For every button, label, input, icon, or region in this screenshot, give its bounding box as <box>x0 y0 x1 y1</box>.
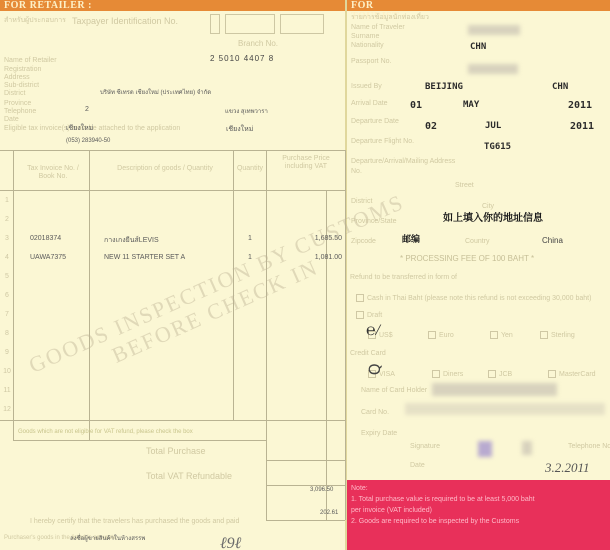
row-number: 8 <box>3 330 11 337</box>
note-box: Note: 1. Total purchase value is require… <box>347 480 610 550</box>
retailer-province-value: แขวง สุเทพวารา <box>225 106 268 116</box>
col-header-invoice: Tax Invoice No. / Book No. <box>20 165 86 181</box>
total-vat-label: Total VAT Refundable <box>146 472 232 480</box>
row-number: 11 <box>3 387 11 394</box>
col-header-price: Purchase Price including VAT <box>268 155 344 171</box>
retailer-thai-label: สำหรับผู้ประกอบการ <box>4 17 66 25</box>
note-line: 1. Total purchase value is required to b… <box>347 494 610 505</box>
tourist-field-label: Zipcode <box>351 238 376 246</box>
table-col-line <box>345 150 346 520</box>
tourist-field-label: Province/State <box>351 218 397 226</box>
tourist-field-label: No. <box>351 168 362 176</box>
departure-month: JUL <box>485 121 501 131</box>
redacted-card-no <box>405 403 605 415</box>
issued-by-value: BEIJING <box>425 82 463 92</box>
tourist-field-label: District <box>351 198 372 206</box>
checkbox[interactable] <box>428 331 436 339</box>
tax-id-value: 2 5010 4407 8 <box>210 54 274 63</box>
processing-fee: * PROCESSING FEE OF 100 BAHT * <box>400 255 534 263</box>
total-purchase-value: 3,096.50 <box>310 487 333 493</box>
check-mark-usd: ℮/ <box>366 322 380 340</box>
table-cell-qty: 1 <box>248 235 252 242</box>
table-cell-invoice: 02018374 <box>30 235 61 242</box>
checkbox[interactable] <box>356 294 364 302</box>
street-label: Street <box>455 182 474 190</box>
departure-day: 02 <box>425 121 437 132</box>
checkbox[interactable] <box>490 331 498 339</box>
card-option[interactable]: Diners <box>432 370 463 379</box>
tourist-field-label: Surname <box>351 33 379 41</box>
flight-no-value: TG615 <box>484 142 511 152</box>
retailer-signature: ℓ9ℓ <box>220 535 241 550</box>
redacted-name <box>468 25 520 35</box>
cardholder-label: Name of Card Holder <box>361 387 427 395</box>
option-label: Euro <box>439 332 454 339</box>
tax-id-box-2 <box>225 14 275 34</box>
option-label: JCB <box>499 371 512 378</box>
retailer-field-label: Date <box>4 116 19 124</box>
option-label: Cash in Thai Baht (please note this refu… <box>367 295 591 302</box>
shop-stamp: ลงชื่อผู้ขายสินค้าในห้างสรรพ <box>70 533 145 543</box>
date-value: 3.2.2011 <box>545 460 590 476</box>
table-top-border <box>0 150 345 151</box>
signature-label: Signature <box>410 443 440 451</box>
tourist-field-label: Departure Flight No. <box>351 138 414 146</box>
date-label: Date <box>410 462 425 470</box>
tourist-field-label: Departure Date <box>351 118 399 126</box>
arrival-year: 2011 <box>568 100 592 111</box>
table-header-border <box>0 190 345 191</box>
note-line: per invoice (VAT included) <box>347 505 610 516</box>
col-header-description: Description of goods / Quantity <box>110 165 220 173</box>
redacted-passport <box>468 64 518 74</box>
country-label: Country <box>465 238 490 246</box>
branch-label: Branch No. <box>238 40 278 48</box>
table-col-line <box>89 150 90 440</box>
table-row-border <box>0 420 345 421</box>
table-cell-invoice: UAWA7375 <box>30 254 66 261</box>
redacted-signature-2 <box>522 441 532 455</box>
option-label: Draft <box>367 312 382 319</box>
retailer-field-label: Province <box>4 100 31 108</box>
arrival-month: MAY <box>463 100 479 110</box>
row-number: 12 <box>3 406 11 413</box>
row-number: 10 <box>3 368 11 375</box>
option-label: US$ <box>379 332 393 339</box>
refund-option-draft[interactable]: Draft <box>356 311 382 320</box>
tourist-field-label: Arrival Date <box>351 100 388 108</box>
row-number: 6 <box>3 292 11 299</box>
retailer-field-label: Sub-district <box>4 82 39 90</box>
total-vat-value: 202.61 <box>320 510 338 516</box>
tourist-field-label: Departure/Arrival/Mailing Address <box>351 158 455 166</box>
nationality-value: CHN <box>470 42 486 52</box>
tax-id-box-3 <box>280 14 324 34</box>
checkbox[interactable] <box>548 370 556 378</box>
retailer-phone-value: (053) 283940-50 <box>66 138 110 144</box>
retailer-name-label: Name of Retailer <box>4 57 57 65</box>
checkbox[interactable] <box>356 311 364 319</box>
tourist-header: FOR TOURIST : <box>347 0 423 11</box>
arrival-day: 01 <box>410 100 422 111</box>
note-title: Note: <box>347 480 610 494</box>
tourist-header-bar <box>423 0 610 11</box>
row-number: 9 <box>3 349 11 356</box>
table-footnote-border <box>13 440 266 441</box>
row-number: 7 <box>3 311 11 318</box>
retailer-header: FOR RETAILER : <box>0 0 345 11</box>
card-option[interactable]: JCB <box>488 370 512 379</box>
row-number: 3 <box>3 235 11 242</box>
checkbox[interactable] <box>540 331 548 339</box>
card-no-label: Card No. <box>361 409 389 417</box>
zipcode-value: 邮编 <box>402 232 420 245</box>
option-label: Sterling <box>551 332 575 339</box>
row-number: 4 <box>3 254 11 261</box>
tax-id-label: Taxpayer Identification No. <box>72 17 178 25</box>
certify-text: I hereby certify that the travelers has … <box>30 518 239 526</box>
currency-option[interactable]: Yen <box>490 331 513 340</box>
issued-country-value: CHN <box>552 82 568 92</box>
currency-option[interactable]: Sterling <box>540 331 575 340</box>
total-vat-border <box>266 485 345 486</box>
tourist-field-label: รายการข้อมูลนักท่องเที่ยว <box>351 14 429 22</box>
check-mark-visa: ℺ <box>368 360 382 379</box>
option-label: Diners <box>443 371 463 378</box>
expiry-label: Expiry Date <box>361 430 397 438</box>
checkbox[interactable] <box>488 370 496 378</box>
refund-option-cash[interactable]: Cash in Thai Baht (please note this refu… <box>356 294 591 303</box>
telephone-label: Telephone No. <box>568 443 610 451</box>
retailer-field-label: Registration <box>4 66 41 74</box>
retailer-field-label: Telephone <box>4 108 36 116</box>
option-label: Yen <box>501 332 513 339</box>
table-col-line <box>13 150 14 440</box>
credit-card-label: Credit Card <box>350 350 386 358</box>
redacted-signature <box>478 441 492 457</box>
total-purchase-label: Total Purchase <box>146 447 206 455</box>
table-footnote: Goods which are not eligible for VAT ref… <box>18 428 193 436</box>
currency-option[interactable]: Euro <box>428 331 454 340</box>
totals-bottom-border <box>266 520 345 521</box>
total-purchase-border <box>266 460 345 461</box>
country-value: China <box>542 236 563 245</box>
tourist-field-label: Passport No. <box>351 58 391 66</box>
tourist-field-label: Name of Traveler <box>351 24 405 32</box>
departure-year: 2011 <box>570 121 594 132</box>
option-label: MasterCard <box>559 371 596 378</box>
table-cell-desc: กางเกงยีนส์LEVIS <box>104 235 159 246</box>
tourist-field-label: Issued By <box>351 83 382 91</box>
refund-label: Refund to be transferred in form of <box>350 274 457 282</box>
retailer-shop-subname: เชียงใหม่ <box>226 124 253 135</box>
tax-id-box-1 <box>210 14 220 34</box>
note-line: 2. Goods are required to be inspected by… <box>347 516 610 527</box>
retailer-district-value: 2 <box>85 106 89 113</box>
retailer-field-label: District <box>4 90 25 98</box>
retailer-shop-name: บริษัท ซีเทรด เชียงใหม่ (ประเทศไทย) จำกั… <box>100 87 211 97</box>
col-header-quantity: Quantity <box>234 165 266 173</box>
redacted-cardholder <box>432 383 557 396</box>
retailer-city-value: เชียงใหม่ <box>66 123 93 134</box>
checkbox[interactable] <box>432 370 440 378</box>
table-cell-desc: NEW 11 STARTER SET A <box>104 254 185 261</box>
retailer-field-label: Address <box>4 74 30 82</box>
table-col-line <box>266 420 267 520</box>
address-note: 如上填入你的地址信息 <box>443 209 543 224</box>
card-option[interactable]: MasterCard <box>548 370 596 379</box>
row-number: 1 <box>3 197 11 204</box>
tourist-field-label: Nationality <box>351 42 384 50</box>
row-number: 5 <box>3 273 11 280</box>
row-number: 2 <box>3 216 11 223</box>
